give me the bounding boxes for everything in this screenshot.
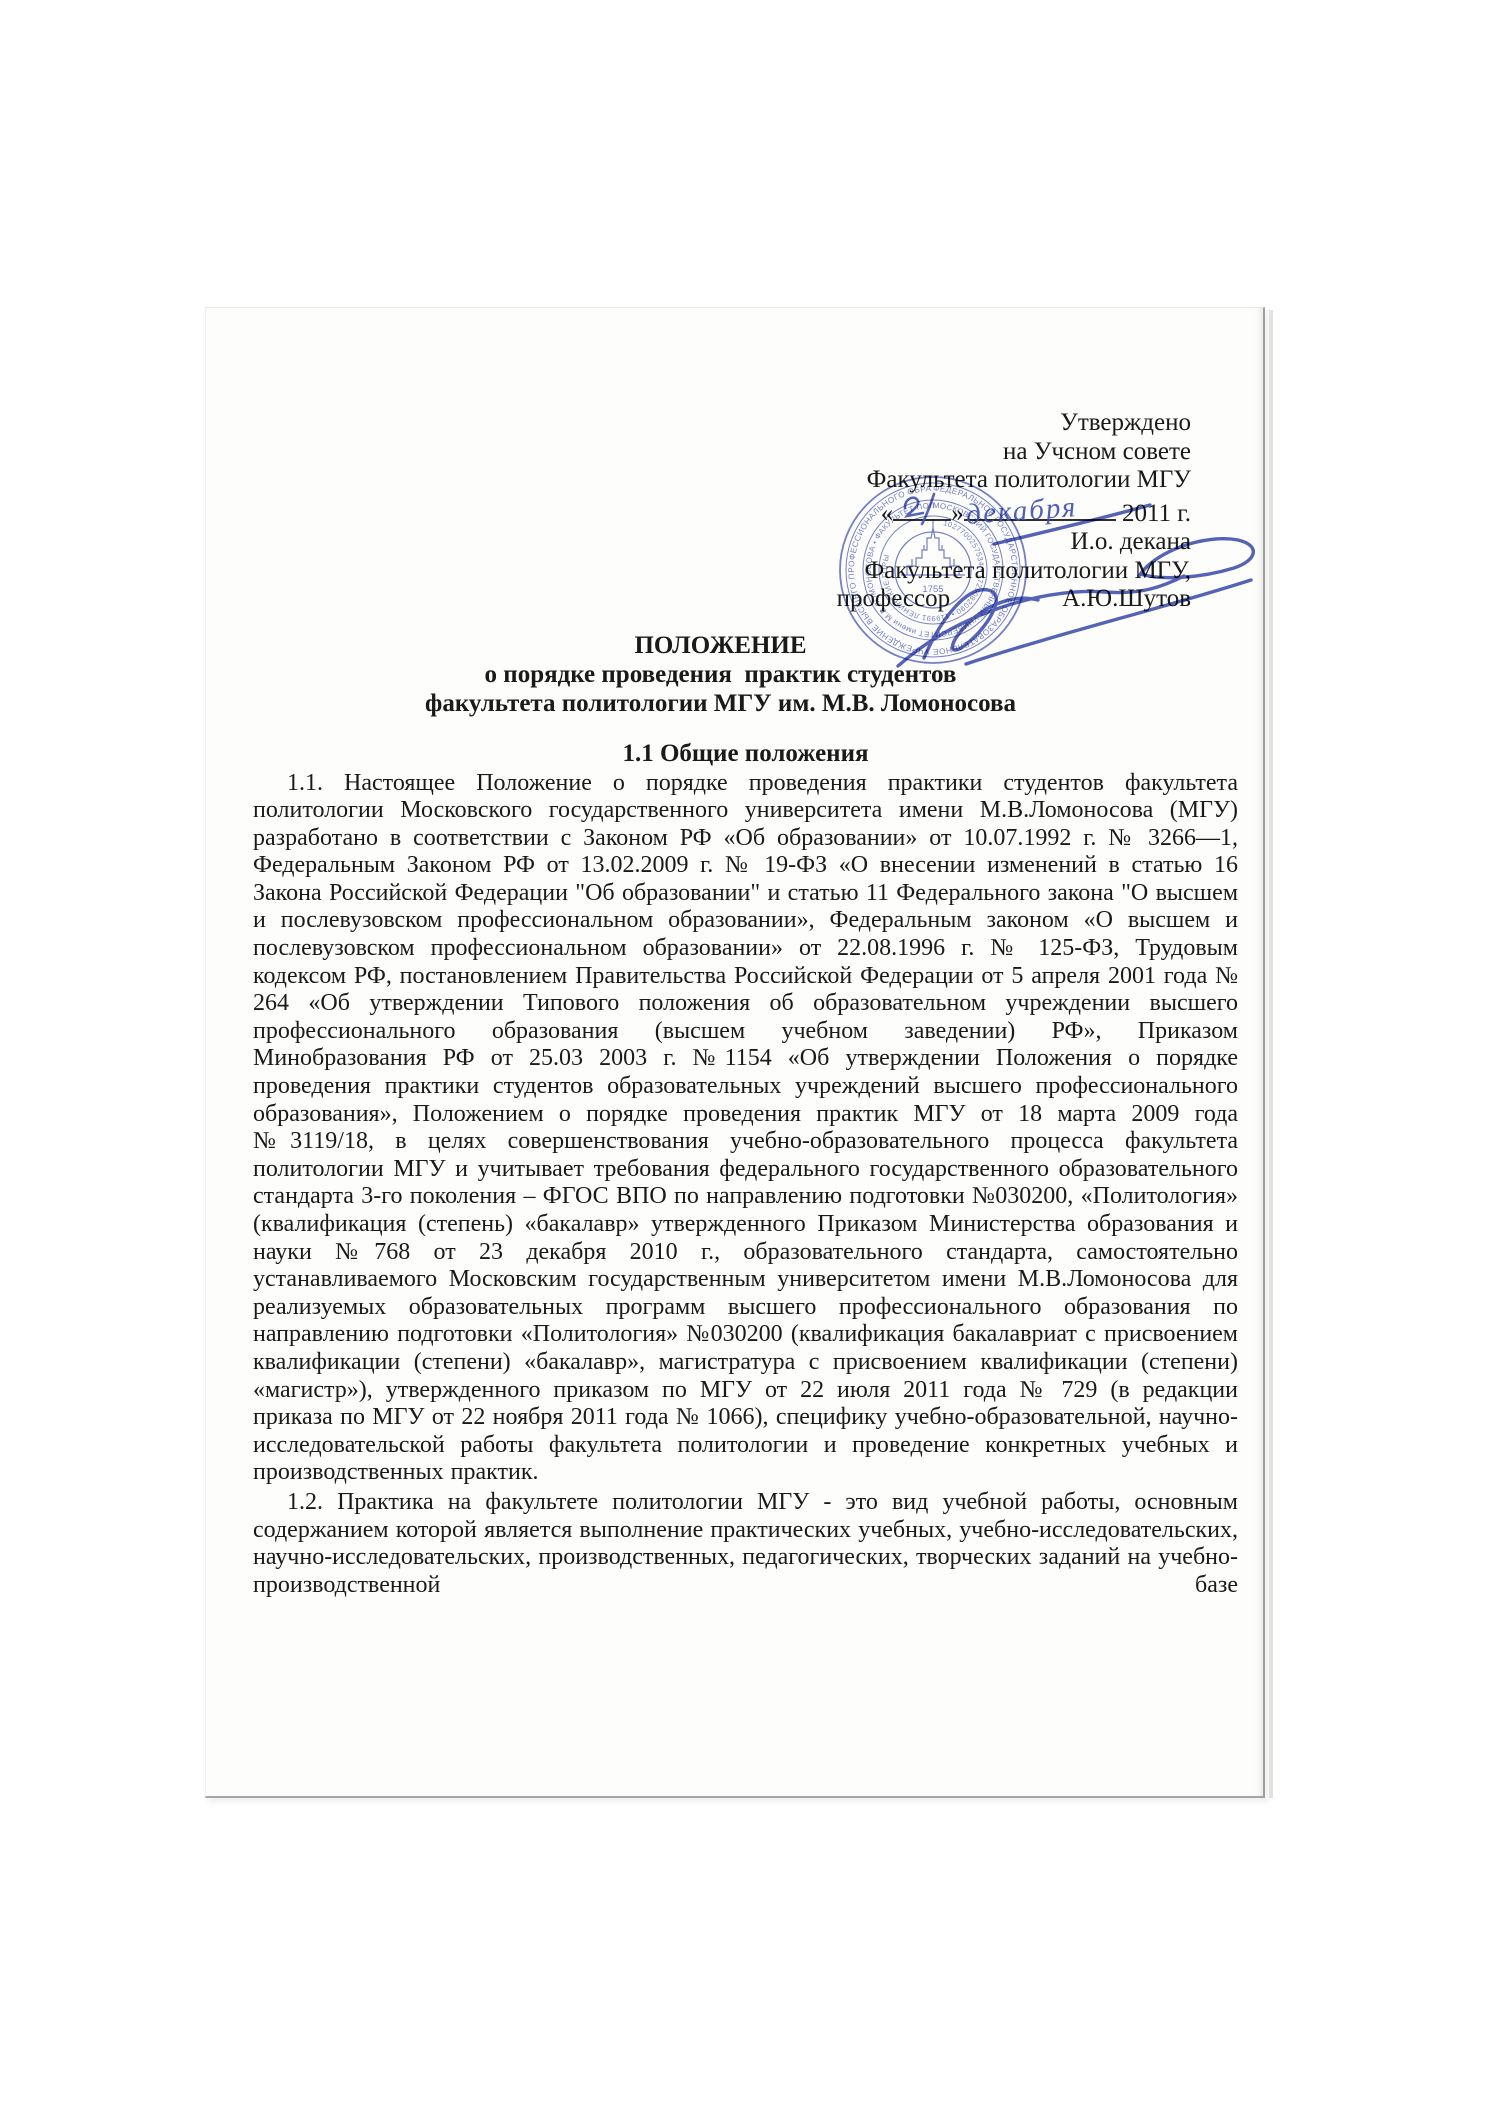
section-heading: 1.1 Общие положения: [253, 739, 1238, 768]
paragraph-1-1: 1.1. Настоящее Положение о порядке прове…: [253, 770, 1238, 1487]
approval-council-line: на Учсном совете: [253, 438, 1191, 467]
paragraph-1-2: 1.2. Практика на факультете политологии …: [253, 1489, 1238, 1599]
scanned-document-page: Утверждено на Учсном совете Факультета п…: [205, 307, 1265, 1798]
approval-approved-line: Утверждено: [253, 409, 1191, 438]
dean-signature: [846, 488, 1261, 708]
